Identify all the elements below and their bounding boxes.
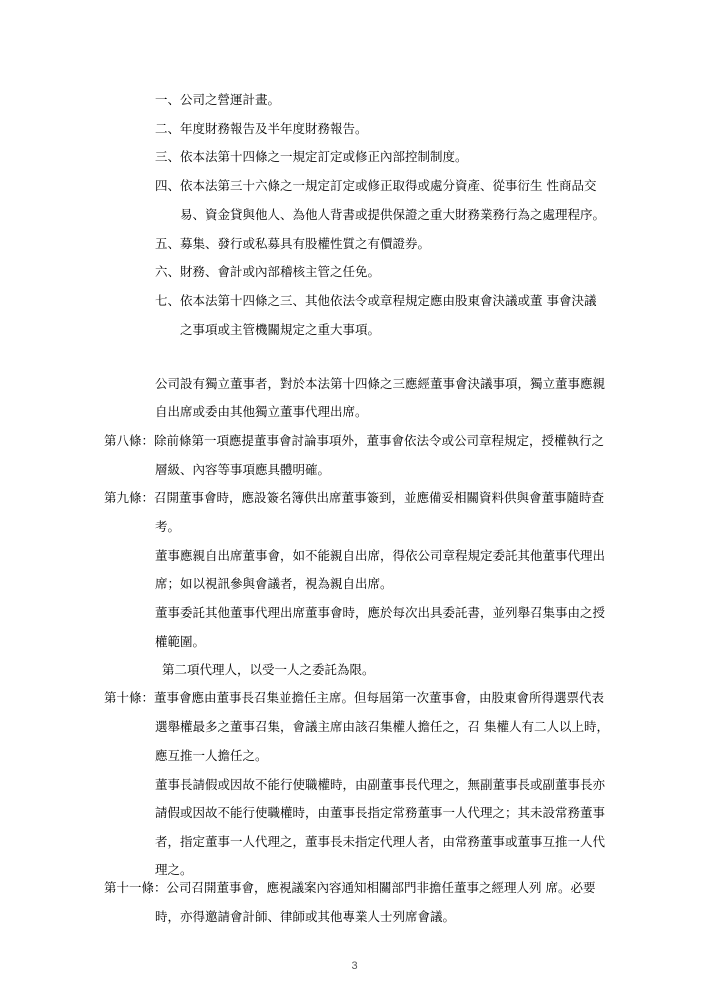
text-line: 請假或因故不能行使職權時，由董事長指定常務董事一人代理之；其未設常務董事 — [155, 805, 605, 821]
text-line: 公司設有獨立董事者，對於本法第十四條之三應經董事會決議事項，獨立董事應親 — [155, 376, 605, 392]
text-line: 二、年度財務報告及半年度財務報告。 — [155, 121, 368, 137]
text-line: 三、依本法第十四條之一規定訂定或修正內部控制制度。 — [155, 149, 468, 165]
text-line: 席；如以視訊參與會議者，視為親自出席。 — [155, 576, 393, 592]
text-line: 權範圍。 — [155, 634, 205, 650]
text-line: 者，指定董事一人代理之，董事長未指定代理人者，由常務董事或董事互推一人代 — [155, 834, 605, 850]
text-line: 層級、內容等事項應具體明確。 — [155, 462, 330, 478]
text-line: 董事委託其他董事代理出席董事會時，應於每次出具委託書，並列舉召集事由之授 — [155, 605, 605, 621]
page-number: 3 — [0, 960, 709, 972]
text-line: 時，亦得邀請會計師、律師或其他專業人士列席會議。 — [155, 909, 455, 925]
text-line: 第十一條：公司召開董事會，應視議案內容通知相關部門非擔任董事之經理人列 席。必要 — [104, 880, 595, 896]
text-line: 理之。 — [155, 862, 193, 878]
text-line: 易、資金貸與他人、為他人背書或提供保證之重大財務業務行為之處理程序。 — [180, 207, 605, 223]
text-line: 一、公司之營運計畫。 — [155, 92, 280, 108]
text-line: 董事應親自出席董事會，如不能親自出席，得依公司章程規定委託其他董事代理出 — [155, 548, 605, 564]
text-line: 之事項或主管機關規定之重大事項。 — [180, 322, 380, 338]
text-line: 四、依本法第三十六條之一規定訂定或修正取得或處分資產、從事衍生 性商品交 — [155, 178, 596, 194]
text-line: 六、財務、會計或內部稽核主管之任免。 — [155, 264, 380, 280]
text-line: 董事長請假或因故不能行使職權時，由副董事長代理之，無副董事長或副董事長亦 — [155, 777, 605, 793]
text-line: 七、依本法第十四條之三、其他依法令或章程規定應由股東會決議或董 事會決議 — [155, 293, 596, 309]
text-line: 應互推一人擔任之。 — [155, 748, 268, 764]
text-line: 考。 — [155, 519, 180, 535]
text-line: 第八條：除前條第一項應提董事會討論事項外，董事會依法令或公司章程規定，授權執行之 — [104, 433, 604, 449]
text-line: 五、募集、發行或私募具有股權性質之有價證券。 — [155, 236, 430, 252]
text-line: 第二項代理人，以受一人之委託為限。 — [162, 662, 375, 678]
text-line: 自出席或委由其他獨立董事代理出席。 — [155, 404, 368, 420]
text-line: 第九條：召開董事會時，應設簽名簿供出席董事簽到，並應備妥相關資料供與會董事隨時查 — [104, 490, 604, 506]
text-line: 選舉權最多之董事召集，會議主席由該召集權人擔任之，召 集權人有二人以上時， — [155, 719, 609, 735]
text-line: 第十條：董事會應由董事長召集並擔任主席。但每屆第一次董事會，由股東會所得選票代表 — [104, 690, 604, 706]
